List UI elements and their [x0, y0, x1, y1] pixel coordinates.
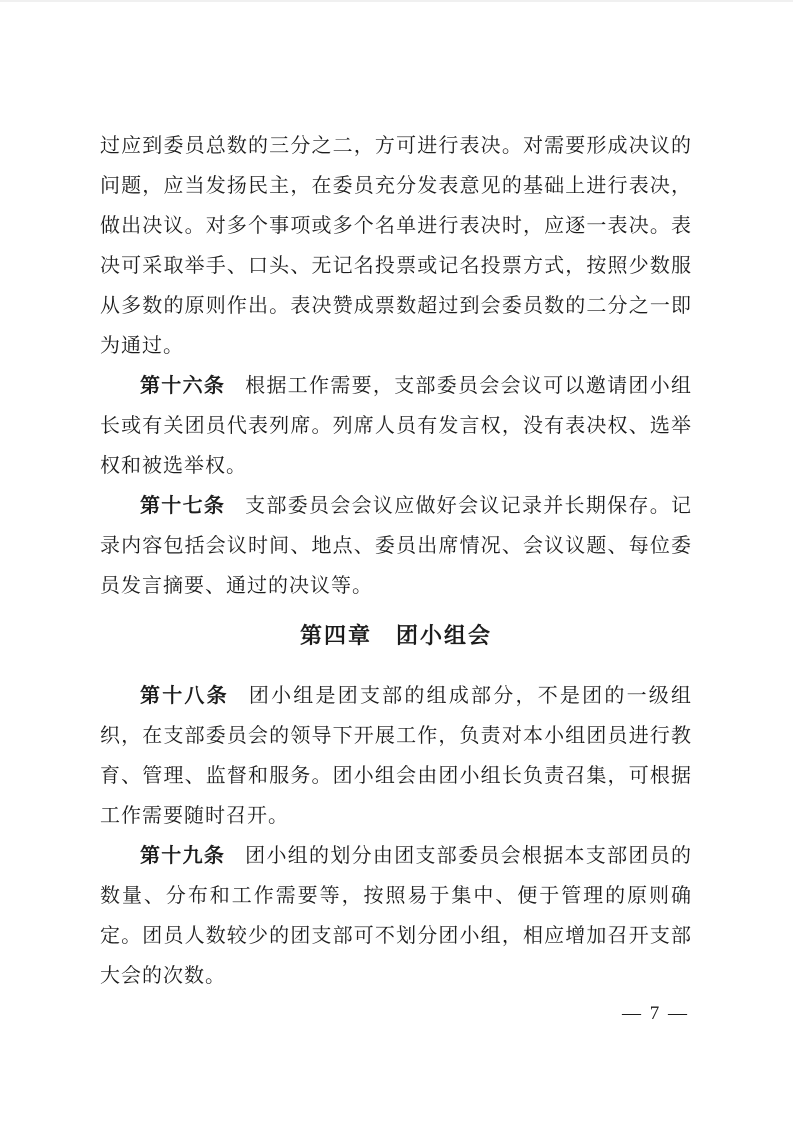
- article-16-paragraph: 第十六条根据工作需要，支部委员会会议可以邀请团小组长或有关团员代表列席。列席人员…: [100, 366, 692, 486]
- article-19-paragraph: 第十九条团小组的划分由团支部委员会根据本支部团员的数量、分布和工作需要等，按照易…: [100, 836, 692, 996]
- article-18-paragraph: 第十八条团小组是团支部的组成部分，不是团的一级组织，在支部委员会的领导下开展工作…: [100, 676, 692, 836]
- chapter-heading: 第四章 团小组会: [100, 616, 692, 656]
- article-18-label: 第十八条: [140, 685, 229, 707]
- article-16-label: 第十六条: [140, 375, 225, 397]
- article-17-paragraph: 第十七条支部委员会会议应做好会议记录并长期保存。记录内容包括会议时间、地点、委员…: [100, 486, 692, 606]
- article-19-label: 第十九条: [140, 845, 225, 867]
- page-top-edge: [0, 0, 793, 2]
- article-17-label: 第十七条: [140, 495, 225, 517]
- continuation-paragraph: 过应到委员总数的三分之二，方可进行表决。对需要形成决议的问题，应当发扬民主，在委…: [100, 126, 692, 366]
- page-number: — 7 —: [622, 1000, 689, 1028]
- document-body: 过应到委员总数的三分之二，方可进行表决。对需要形成决议的问题，应当发扬民主，在委…: [100, 126, 692, 996]
